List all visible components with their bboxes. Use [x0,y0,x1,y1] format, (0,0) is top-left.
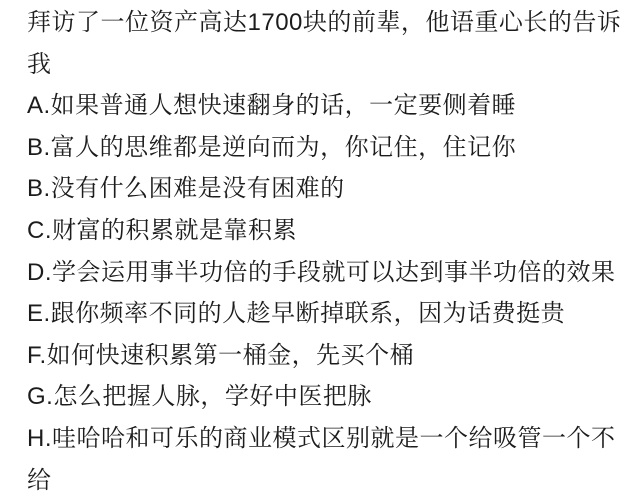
option-line-d: D.学会运用事半功倍的手段就可以达到事半功倍的效果 [27,252,643,294]
option-line-f: F.如何快速积累第一桶金，先买个桶 [27,335,643,377]
post-content: 拜访了一位资产高达1700块的前辈，他语重心长的告诉 我 A.如果普通人想快速翻… [27,2,643,500]
option-line-b1: B.富人的思维都是逆向而为，你记住，住记你 [27,127,643,169]
option-line-c: C.财富的积累就是靠积累 [27,210,643,252]
page-background: 拜访了一位资产高达1700块的前辈，他语重心长的告诉 我 A.如果普通人想快速翻… [0,0,643,500]
post-intro-line-1: 拜访了一位资产高达1700块的前辈，他语重心长的告诉 [27,2,643,44]
post-intro-line-2: 我 [27,44,643,86]
option-line-h2: 给 [27,460,643,500]
option-line-b2: B.没有什么困难是没有困难的 [27,168,643,210]
option-line-g: G.怎么把握人脉，学好中医把脉 [27,376,643,418]
option-line-e: E.跟你频率不同的人趁早断掉联系，因为话费挺贵 [27,293,643,335]
option-line-a: A.如果普通人想快速翻身的话，一定要侧着睡 [27,85,643,127]
option-line-h1: H.哇哈哈和可乐的商业模式区别就是一个给吸管一个不 [27,418,643,460]
